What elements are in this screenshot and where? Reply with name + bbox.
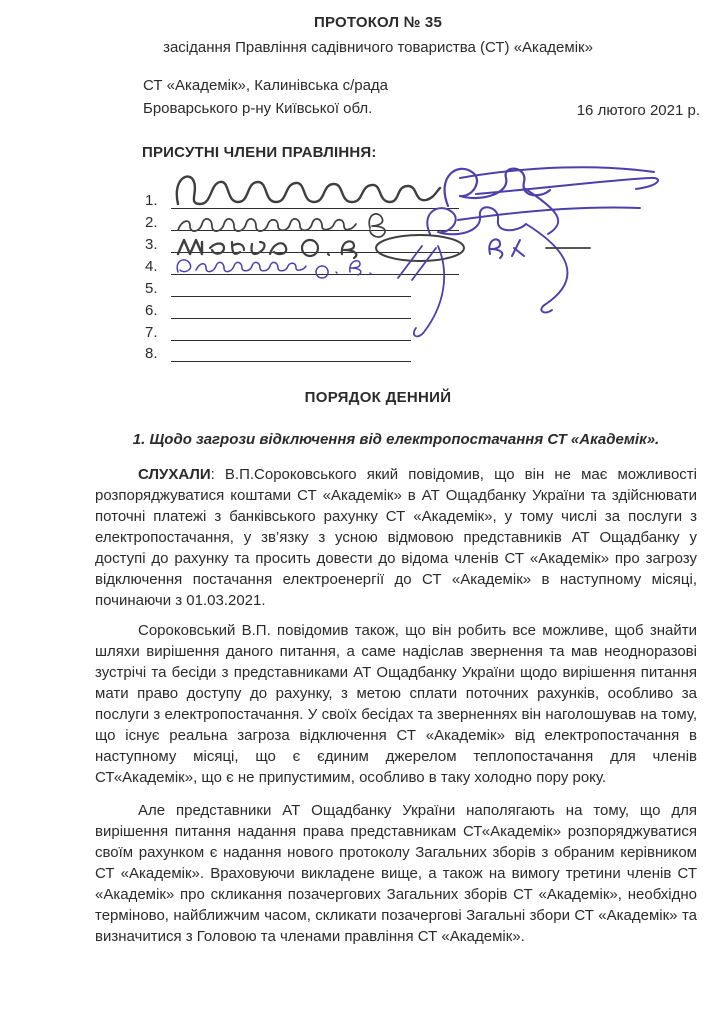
scanned-protocol-page: ПРОТОКОЛ № 35 засідання Правління садівн…	[0, 0, 726, 1023]
org-address: СТ «Академік», Калинівська с/рада Бровар…	[143, 74, 388, 120]
member-number: 7.	[145, 324, 166, 341]
signature-line	[171, 321, 411, 341]
paragraph-2: Сороковський В.П. повідомив також, що ві…	[95, 620, 697, 788]
member-number: 3.	[145, 236, 166, 253]
protocol-title: ПРОТОКОЛ № 35	[30, 14, 726, 31]
signature-line	[171, 189, 459, 209]
agenda-heading: ПОРЯДОК ДЕННИЙ	[30, 389, 726, 406]
paragraph-3: Але представники АТ Ощадбанку України на…	[95, 800, 697, 947]
signature-line	[171, 277, 411, 297]
member-number: 4.	[145, 258, 166, 275]
member-row-3: 3.	[145, 233, 459, 253]
meeting-date: 16 лютого 2021 р.	[577, 102, 700, 119]
member-row-5: 5.	[145, 277, 411, 297]
signature-line	[171, 342, 411, 362]
paragraph-heard: СЛУХАЛИ: В.П.Сороковського який повідоми…	[95, 464, 697, 611]
member-row-4: 4.	[145, 255, 459, 275]
member-row-2: 2.	[145, 211, 459, 231]
present-members-heading: ПРИСУТНІ ЧЛЕНИ ПРАВЛІННЯ:	[142, 144, 377, 161]
member-number: 5.	[145, 280, 166, 297]
heard-label: СЛУХАЛИ	[138, 466, 211, 483]
member-number: 1.	[145, 192, 166, 209]
member-row-8: 8.	[145, 342, 411, 362]
heard-text: : В.П.Сороковського який повідомив, що в…	[95, 466, 697, 609]
member-number: 8.	[145, 345, 166, 362]
org-address-line2: Броварського р-ну Київської обл.	[143, 97, 388, 120]
signature-line	[171, 233, 459, 253]
member-row-1: 1.	[145, 189, 459, 209]
signature-line	[171, 255, 459, 275]
member-row-6: 6.	[145, 299, 411, 319]
signature-line	[171, 299, 411, 319]
member-row-7: 7.	[145, 321, 411, 341]
org-address-line1: СТ «Академік», Калинівська с/рада	[143, 74, 388, 97]
agenda-item-1: 1. Щодо загрози відключення від електроп…	[95, 431, 697, 448]
member-number: 2.	[145, 214, 166, 231]
member-number: 6.	[145, 302, 166, 319]
signature-line	[171, 211, 459, 231]
protocol-subtitle: засідання Правління садівничого товарист…	[30, 39, 726, 56]
